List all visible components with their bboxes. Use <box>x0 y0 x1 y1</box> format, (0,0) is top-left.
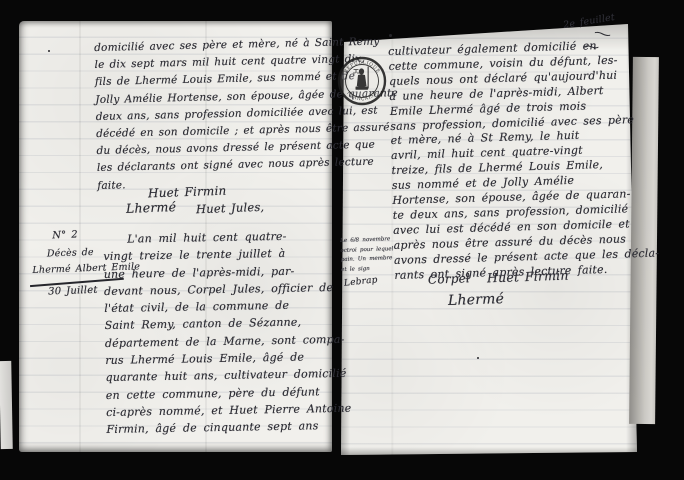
page-crease <box>79 21 81 452</box>
scanner-bed-sliver <box>0 361 13 449</box>
right-page-text: cultivateur également domicilié encette … <box>388 38 637 283</box>
ink-speck <box>477 357 479 359</box>
signature-huet-firmin-right: Huet Firmin <box>487 268 569 286</box>
republique-francaise-stamp-icon: RÉPUBLIQUE FRANÇAISE <box>337 56 387 106</box>
margin-note-line: Décès de <box>47 247 94 260</box>
signature-huet-jules: Huet Jules, <box>196 200 265 216</box>
registrar-margin-annotation: Le 6/8 novembreoctroi pour lequelpain. U… <box>340 235 407 276</box>
left-page-text-top: domicilié avec ses père et mère, né à Sa… <box>94 35 339 195</box>
ink-speck <box>389 34 392 37</box>
margin-note-date: 30 Juillet <box>48 285 98 298</box>
ink-speck <box>48 50 50 52</box>
signature-huet-firmin: Huet Firmin <box>148 184 227 201</box>
act-number: N° 2 <box>52 229 78 241</box>
signature-corpel: Corpel <box>428 271 470 286</box>
signature-lherme: Lhermé <box>126 199 177 216</box>
scanned-register-spread: domicilié avec ses père et mère, né à Sa… <box>0 0 684 480</box>
signature-lherme-right: Lhermé <box>448 291 505 309</box>
left-page-act-text: L'an mil huit cent quatre-vingt treize l… <box>103 227 337 439</box>
